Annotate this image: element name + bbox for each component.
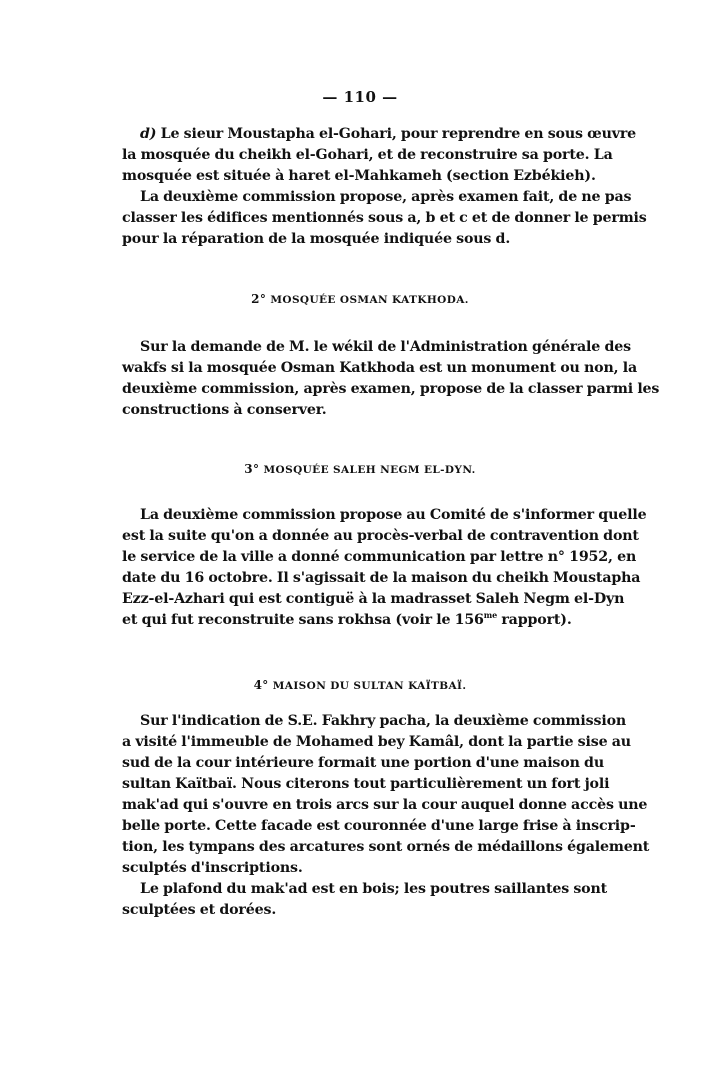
text-line: la mosquée du cheikh el-Gohari, et de re… (122, 145, 604, 166)
text-line: deuxième commission, après examen, propo… (122, 379, 604, 400)
text-line: classer les édifices mentionnés sous a, … (122, 208, 604, 229)
page-number: — 110 — (0, 88, 720, 106)
text-line-rest: Le sieur Moustapha el-Gohari, pour repre… (156, 126, 636, 142)
section-heading-3: 3° MOSQUÉE SALEH NEGM EL-DYN. (0, 462, 720, 476)
text-line: Sur la demande de M. le wékil de l'Admin… (122, 337, 604, 358)
text-line: d) Le sieur Moustapha el-Gohari, pour re… (122, 124, 604, 145)
text-line: sud de la cour intérieure formait une po… (122, 753, 604, 774)
text-line: La deuxième commission propose au Comité… (122, 505, 604, 526)
section-heading-4: 4° MAISON DU SULTAN KAÏTBAÏ. (0, 678, 720, 692)
section-title: MOSQUÉE SALEH NEGM EL-DYN. (264, 464, 476, 476)
text-line: sculptées et dorées. (122, 900, 604, 921)
text-line: Le plafond du mak'ad est en bois; les po… (122, 879, 604, 900)
text-line: mosquée est située à haret el-Mahkameh (… (122, 166, 604, 187)
text-line: Ezz-el-Azhari qui est contiguë à la madr… (122, 589, 604, 610)
text-line-start: et qui fut reconstruite sans rokhsa (voi… (122, 612, 484, 628)
text-line: La deuxième commission propose, après ex… (122, 187, 604, 208)
item-marker: d) (140, 126, 156, 142)
text-line: a visité l'immeuble de Mohamed bey Kamâl… (122, 732, 604, 753)
text-line: belle porte. Cette facade est couronnée … (122, 816, 604, 837)
text-line: sultan Kaïtbaï. Nous citerons tout parti… (122, 774, 604, 795)
section-title: MOSQUÉE OSMAN KATKHODA. (270, 294, 468, 306)
text-line: et qui fut reconstruite sans rokhsa (voi… (122, 610, 604, 631)
text-line-end: rapport). (501, 612, 571, 628)
section-3-text: La deuxième commission propose au Comité… (122, 505, 604, 631)
section-1-text: d) Le sieur Moustapha el-Gohari, pour re… (122, 124, 604, 250)
section-heading-2: 2° MOSQUÉE OSMAN KATKHODA. (0, 292, 720, 306)
text-line: date du 16 octobre. Il s'agissait de la … (122, 568, 604, 589)
text-line: mak'ad qui s'ouvre en trois arcs sur la … (122, 795, 604, 816)
document-page: — 110 — d) Le sieur Moustapha el-Gohari,… (0, 0, 720, 1079)
section-title: MAISON DU SULTAN KAÏTBAÏ. (273, 680, 467, 692)
section-number: 2° (251, 292, 266, 306)
ordinal-suffix: me (484, 610, 497, 620)
text-line: tion, les tympans des arcatures sont orn… (122, 837, 604, 858)
section-number: 3° (244, 462, 259, 476)
text-line: est la suite qu'on a donnée au procès-ve… (122, 526, 604, 547)
text-line: pour la réparation de la mosquée indiqué… (122, 229, 604, 250)
section-2-text: Sur la demande de M. le wékil de l'Admin… (122, 337, 604, 421)
text-line: constructions à conserver. (122, 400, 604, 421)
text-line: Sur l'indication de S.E. Fakhry pacha, l… (122, 711, 604, 732)
text-line: wakfs si la mosquée Osman Katkhoda est u… (122, 358, 604, 379)
text-line: sculptés d'inscriptions. (122, 858, 604, 879)
text-line: le service de la ville a donné communica… (122, 547, 604, 568)
section-number: 4° (254, 678, 269, 692)
section-4-text: Sur l'indication de S.E. Fakhry pacha, l… (122, 711, 604, 921)
